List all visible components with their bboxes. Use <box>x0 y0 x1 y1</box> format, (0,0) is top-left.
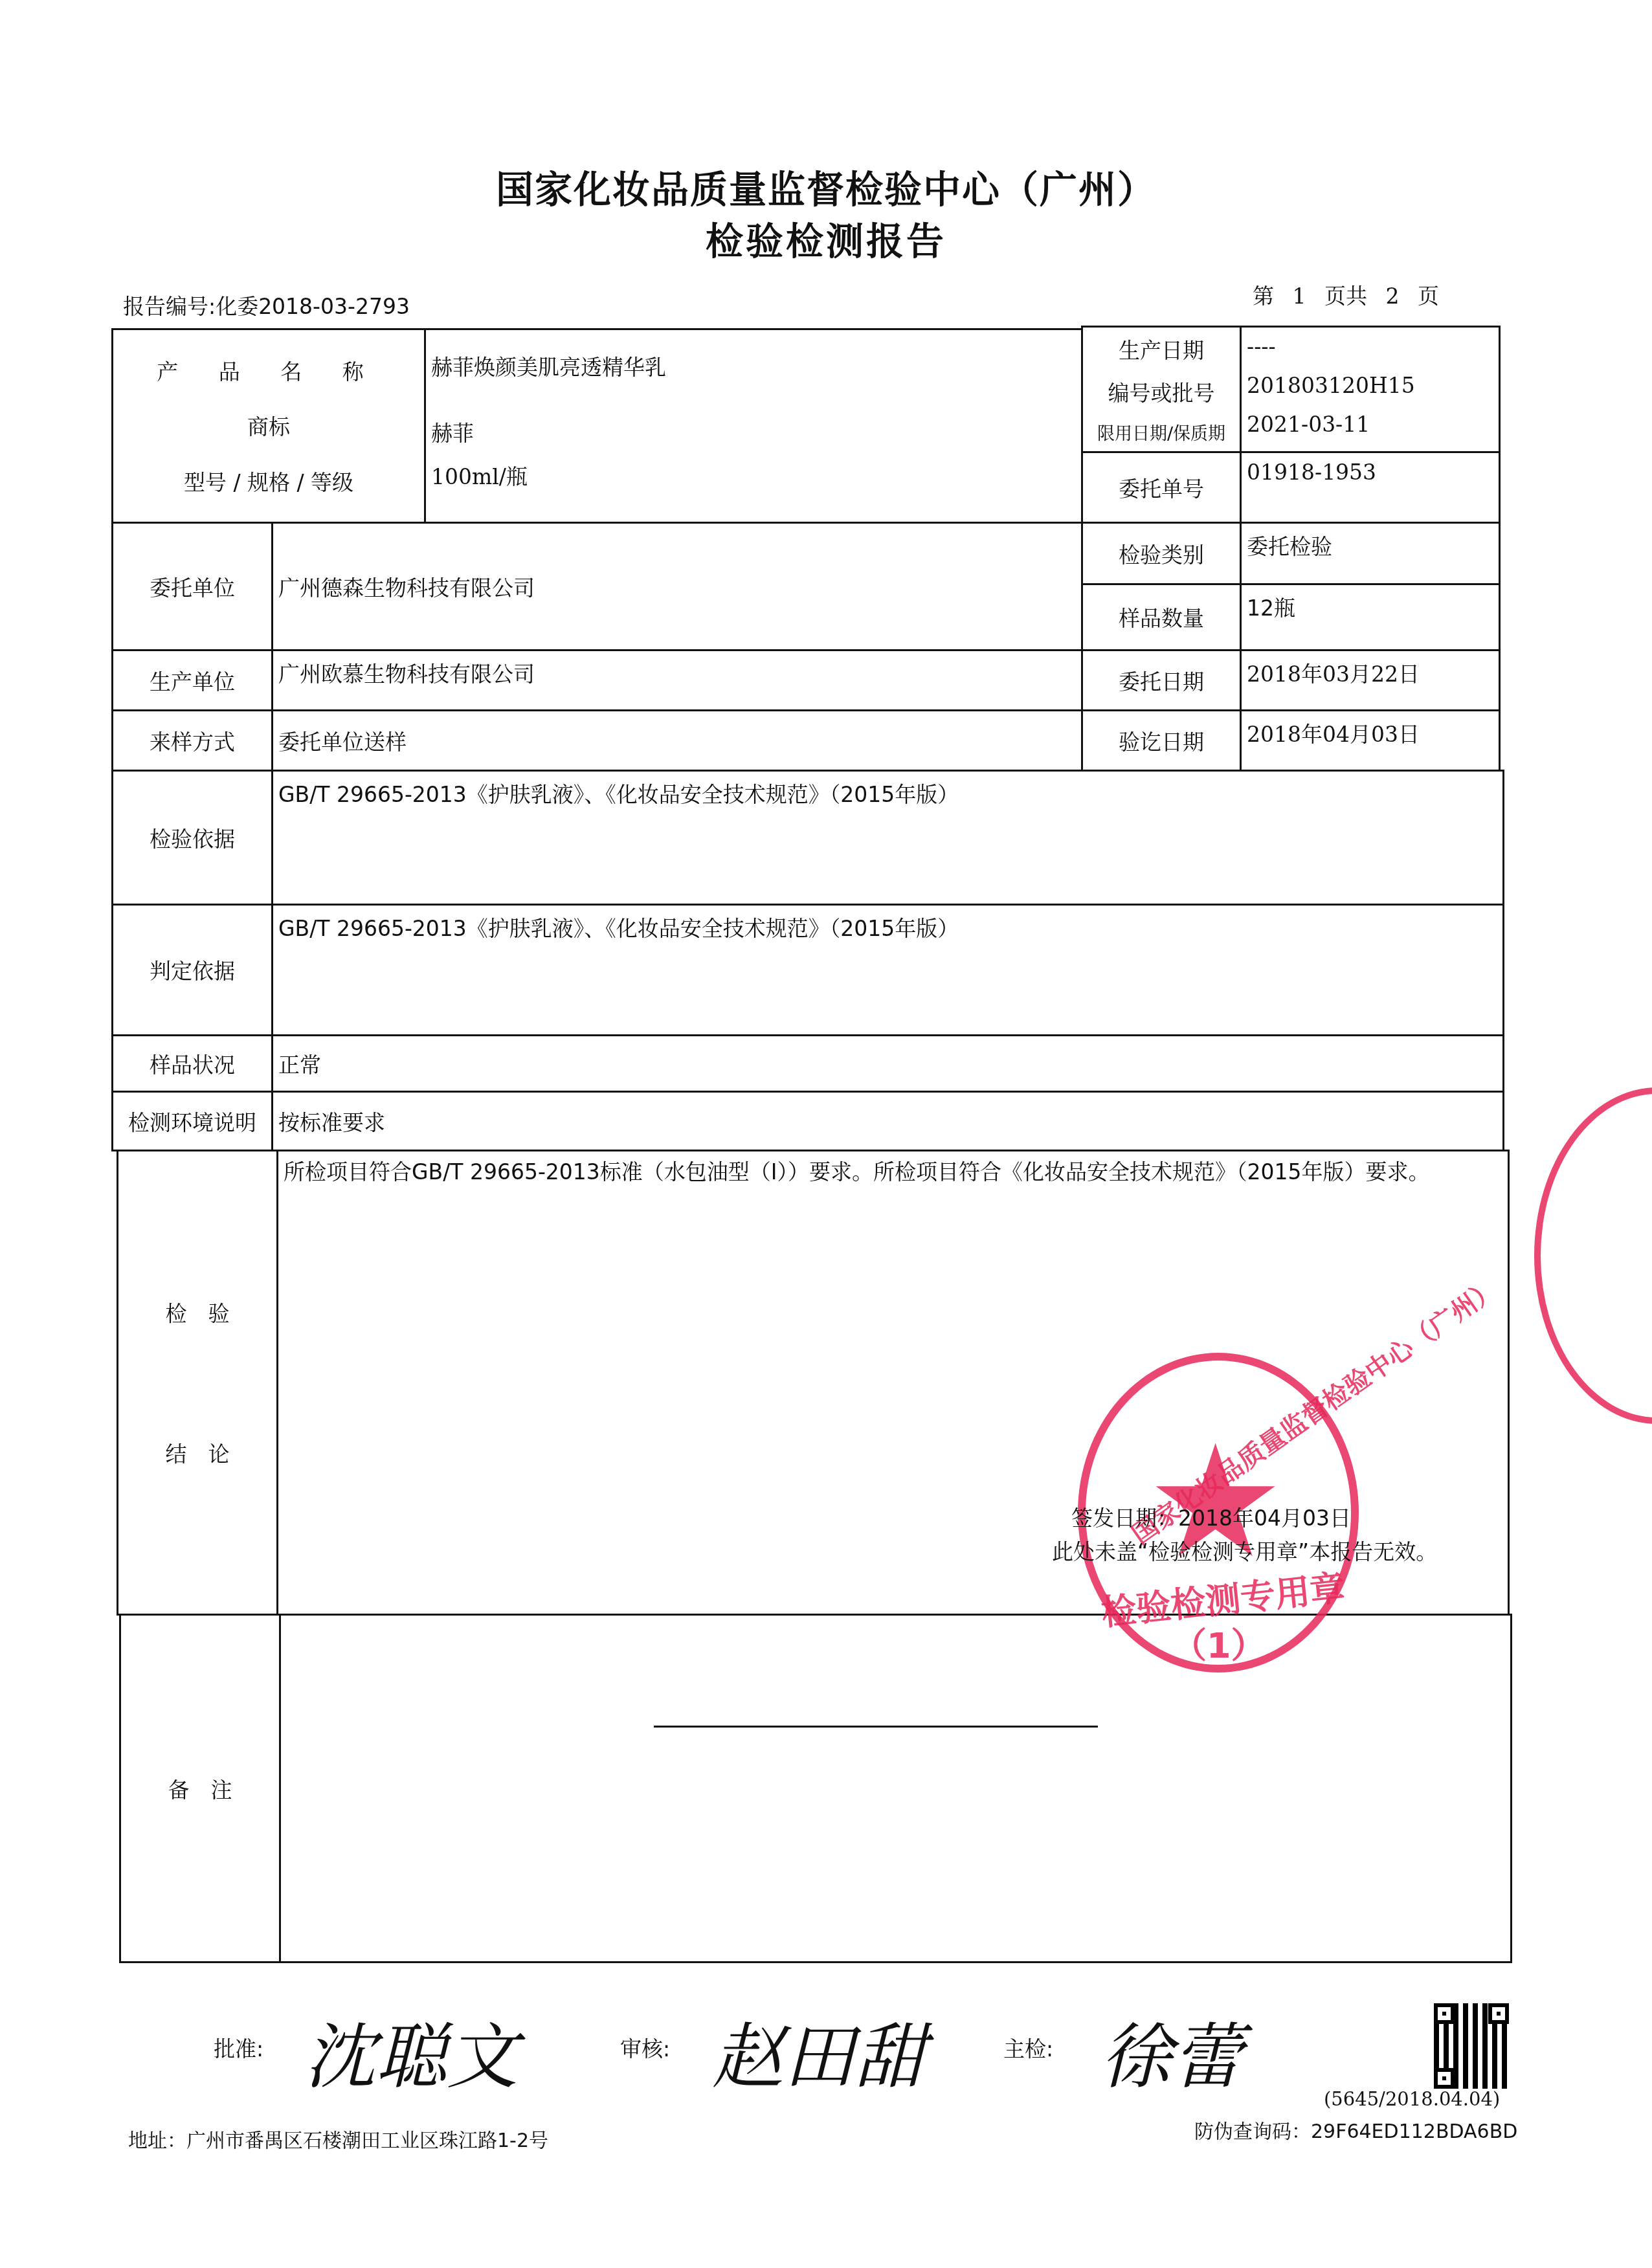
date-values: ---- 201803120H15 2021-03-11 <box>1240 326 1501 453</box>
date-labels: 生产日期 编号或批号 限用日期/保质期 <box>1081 326 1242 453</box>
judge-basis-label: 判定依据 <box>111 904 273 1036</box>
conclusion-label-1: 检 验 <box>166 1297 230 1328</box>
remarks <box>279 1614 1512 1963</box>
test-type: 委托检验 <box>1240 522 1501 585</box>
batch-label: 编号或批号 <box>1108 377 1215 407</box>
order-no-label: 委托单号 <box>1081 451 1242 524</box>
order-no: 01918-1953 <box>1240 451 1501 524</box>
complete-date: 2018年04月03日 <box>1240 709 1501 772</box>
test-basis-label: 检验依据 <box>111 770 273 906</box>
producer-label: 生产单位 <box>111 649 273 711</box>
product-values: 赫菲焕颜美肌亮透精华乳 赫菲 100ml/瓶 <box>424 328 1083 524</box>
approve-label: 批准: <box>214 2032 263 2063</box>
version-code: (5645/2018.04.04) <box>1324 2088 1500 2110</box>
report-title: 国家化妆品质量监督检验中心（广州） <box>0 159 1652 214</box>
complete-date-label: 验讫日期 <box>1081 709 1242 772</box>
remarks-divider <box>654 1726 1098 1728</box>
spec-label: 型号 / 规格 / 等级 <box>184 466 353 496</box>
sampling: 委托单位送样 <box>271 709 1083 772</box>
review-signature: 赵田甜 <box>712 2000 926 2102</box>
inspect-label: 主检: <box>1003 2032 1053 2063</box>
issue-date: 签发日期：2018年04月03日 <box>1071 1502 1351 1532</box>
anti-fake-code: 防伪查询码：29F64ED112BDA6BD <box>1194 2115 1517 2144</box>
conclusion-label-2: 结 论 <box>166 1438 230 1468</box>
conclusion-labels: 检 验 结 论 <box>117 1150 278 1616</box>
client-label: 委托单位 <box>111 522 273 651</box>
spec: 100ml/瓶 <box>431 460 1076 491</box>
report-number-label: 报告编号: <box>123 294 216 319</box>
product-name-label: 产 品 名 称 <box>157 355 380 386</box>
judge-basis: GB/T 29665-2013《护肤乳液》、《化妆品安全技术规范》（2015年版… <box>271 904 1504 1036</box>
report-number: 报告编号:化委2018-03-2793 <box>123 290 410 320</box>
product-name: 赫菲焕颜美肌亮透精华乳 <box>431 351 1076 381</box>
brand-label: 商标 <box>247 410 290 441</box>
sample-status-label: 样品状况 <box>111 1034 273 1093</box>
producer: 广州欧慕生物科技有限公司 <box>271 649 1083 711</box>
page-edge-seal <box>1534 1087 1652 1424</box>
production-date: ---- <box>1247 328 1493 366</box>
sample-qty: 12瓶 <box>1240 583 1501 651</box>
review-label: 审核: <box>620 2032 670 2063</box>
client: 广州德森生物科技有限公司 <box>271 522 1083 651</box>
environment: 按标准要求 <box>271 1091 1504 1151</box>
test-type-label: 检验类别 <box>1081 522 1242 585</box>
expiry-label: 限用日期/保质期 <box>1097 419 1225 445</box>
production-date-label: 生产日期 <box>1119 334 1204 364</box>
approve-signature: 沈聪文 <box>304 2000 518 2102</box>
sample-status: 正常 <box>271 1034 1504 1093</box>
address: 地址：广州市番禺区石楼潮田工业区珠江路1-2号 <box>128 2124 548 2153</box>
report-subtitle: 检验检测报告 <box>0 211 1652 265</box>
page-indicator: 第 1 页共 2 页 <box>1253 280 1439 310</box>
expiry-date: 2021-03-11 <box>1247 405 1493 444</box>
batch-number: 201803120H15 <box>1247 366 1493 405</box>
remarks-label: 备 注 <box>119 1614 281 1963</box>
inspect-signature: 徐蕾 <box>1100 2000 1243 2102</box>
seal-number: （1） <box>1172 1618 1266 1668</box>
brand: 赫菲 <box>431 417 1076 447</box>
entrust-date-label: 委托日期 <box>1081 649 1242 711</box>
report-number-value: 化委2018-03-2793 <box>216 294 410 319</box>
stamp-notice: 此处未盖“检验检测专用章”本报告无效。 <box>1052 1535 1437 1566</box>
entrust-date: 2018年03月22日 <box>1240 649 1501 711</box>
sampling-label: 来样方式 <box>111 709 273 772</box>
test-basis: GB/T 29665-2013《护肤乳液》、《化妆品安全技术规范》（2015年版… <box>271 770 1504 906</box>
environment-label: 检测环境说明 <box>111 1091 273 1151</box>
product-labels: 产 品 名 称 商标 型号 / 规格 / 等级 <box>111 328 426 524</box>
qr-code-icon <box>1434 2003 1509 2089</box>
sample-qty-label: 样品数量 <box>1081 583 1242 651</box>
